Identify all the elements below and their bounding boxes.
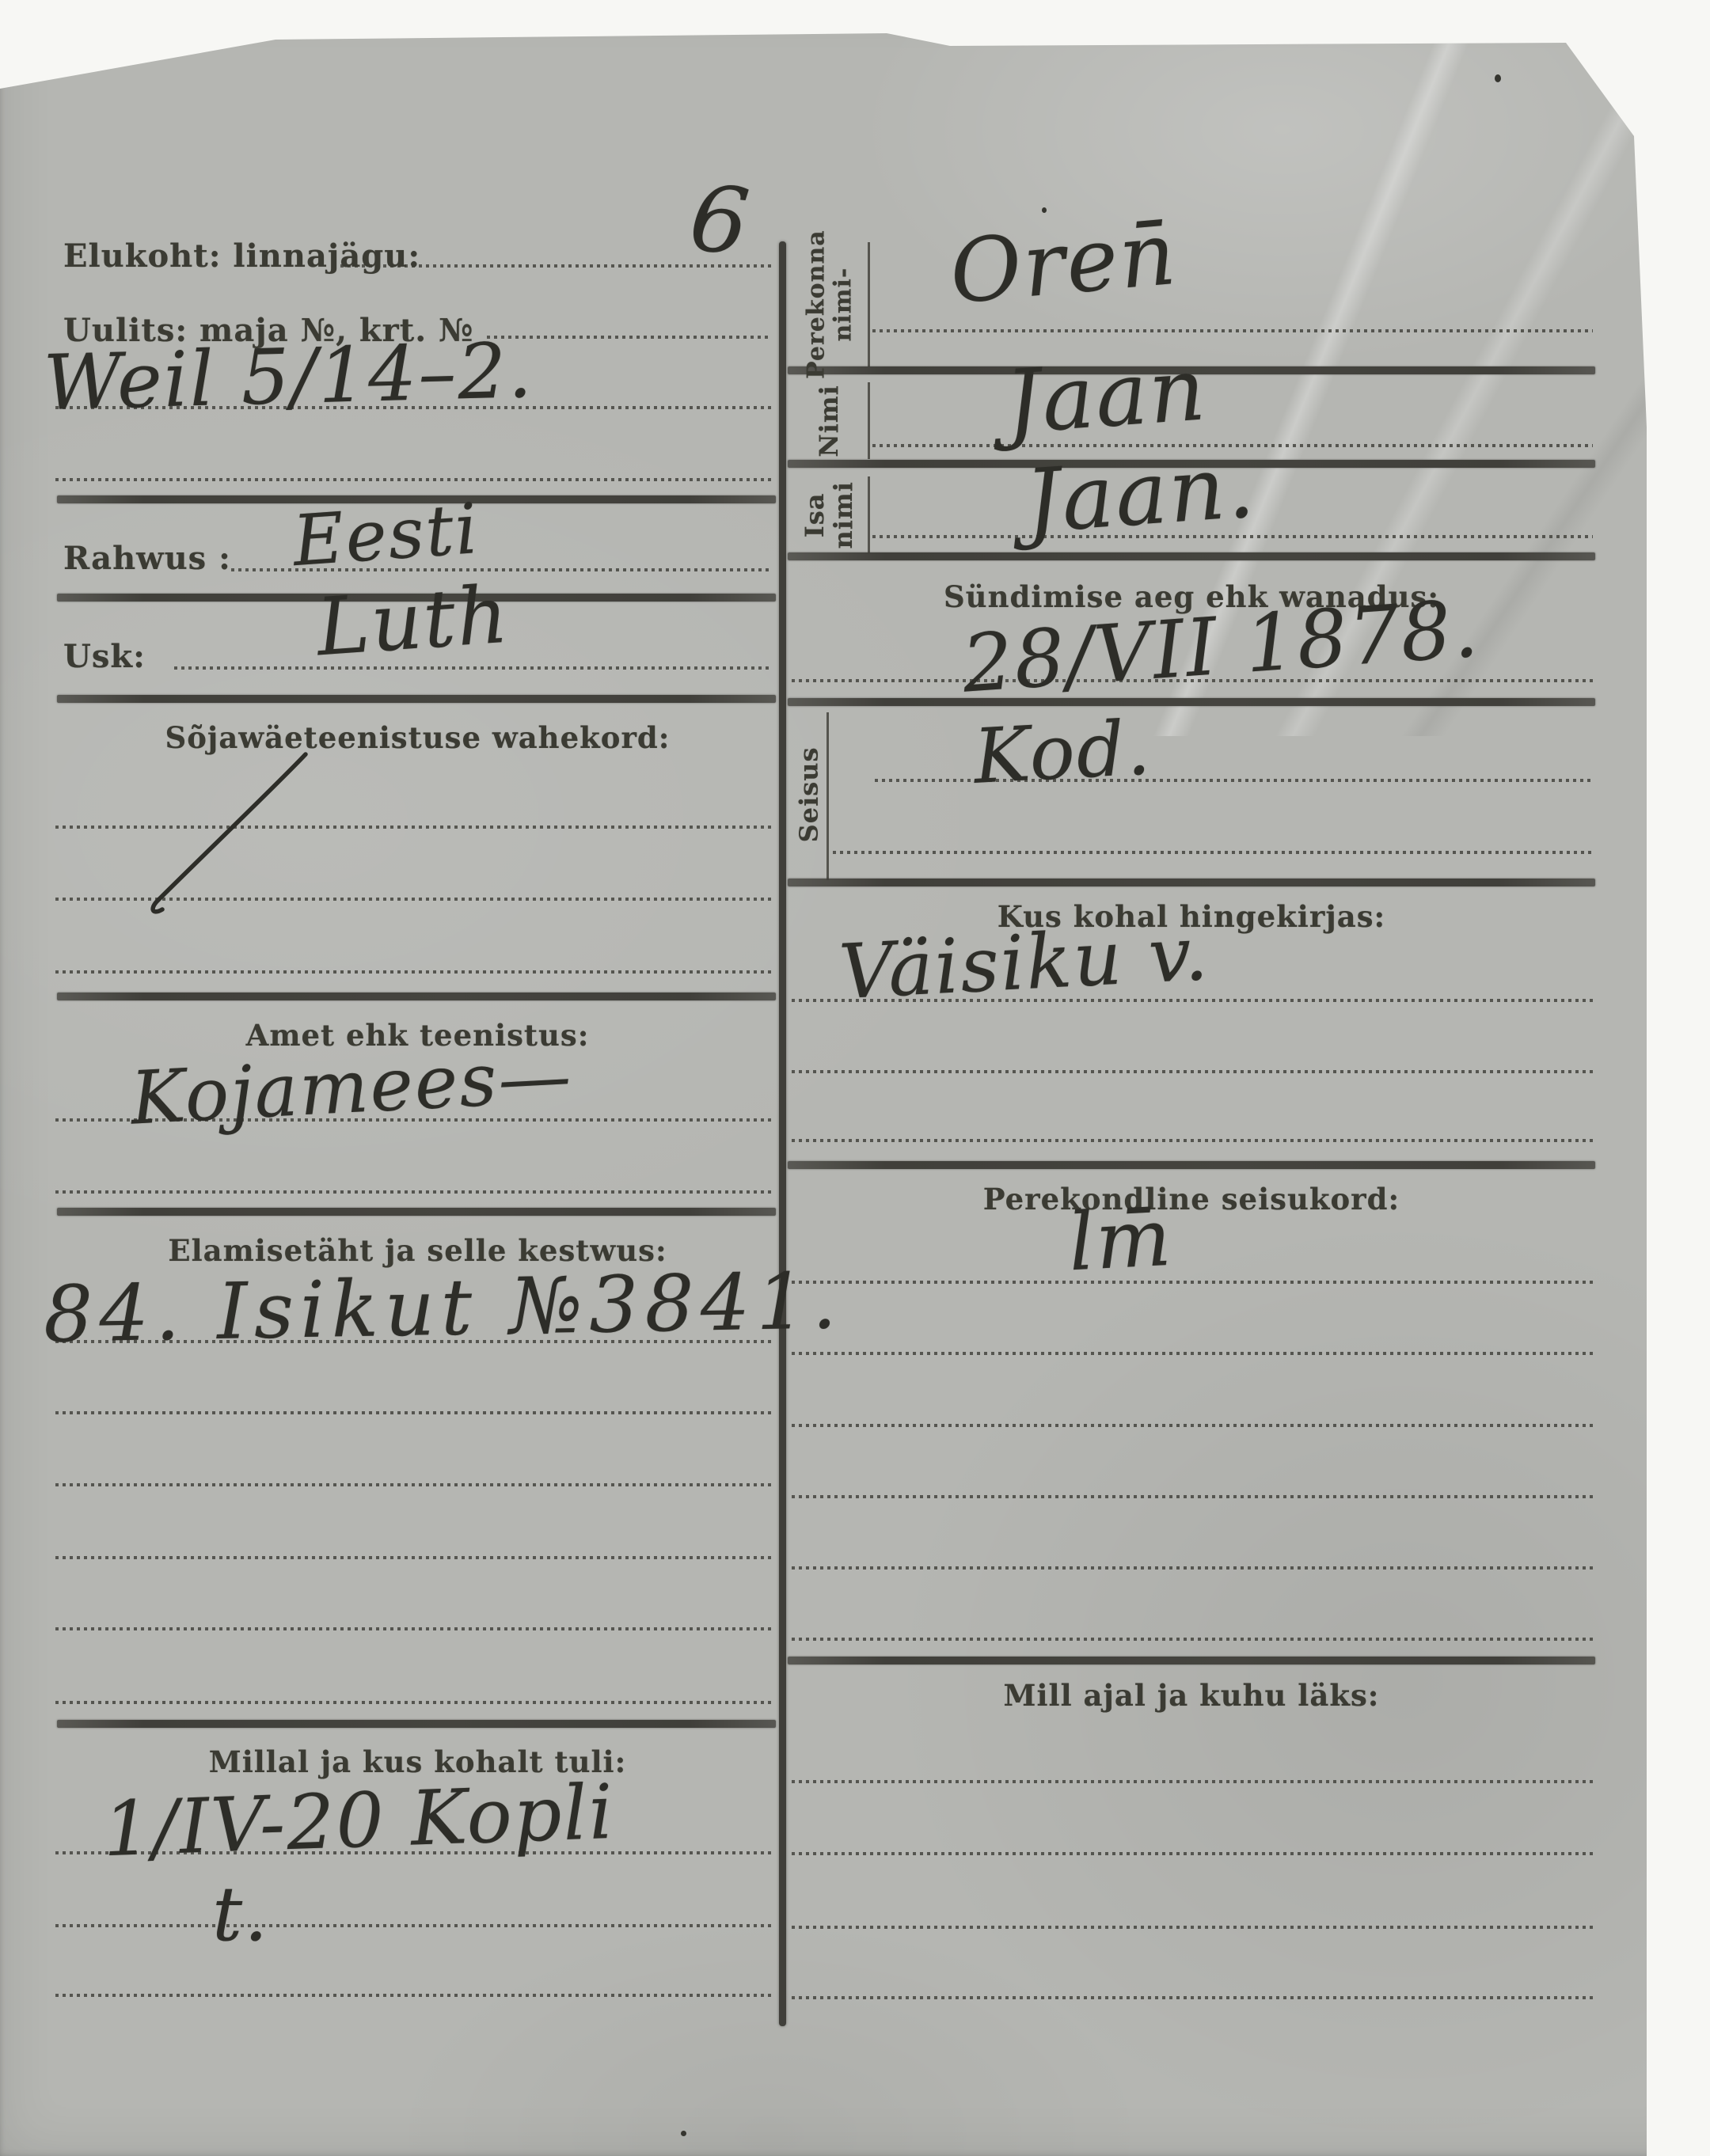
section-rule xyxy=(57,1720,776,1728)
dotted-line xyxy=(792,1281,1593,1284)
father-name-handwritten: Jaan. xyxy=(1022,435,1259,552)
section-rule xyxy=(788,1657,1595,1664)
section-rule xyxy=(788,552,1595,560)
dotted-line xyxy=(55,1627,772,1630)
section-rule xyxy=(57,695,776,703)
ink-speck xyxy=(681,2131,686,2136)
dotted-line xyxy=(55,1994,772,1997)
section-rule xyxy=(788,698,1595,706)
dotted-line xyxy=(792,1638,1593,1641)
religion-label: Usk: xyxy=(63,638,146,675)
section-rule xyxy=(788,1161,1595,1169)
dotted-line xyxy=(55,970,772,974)
dotted-line xyxy=(792,1352,1593,1355)
section-rule xyxy=(57,1208,776,1216)
dotted-line xyxy=(792,1139,1593,1142)
nationality-handwritten: Eesti xyxy=(291,488,482,582)
dotted-line xyxy=(55,1556,772,1559)
status-dotted-line xyxy=(833,851,1593,854)
family-name-label-line2: nimi- xyxy=(830,230,857,380)
dotted-line xyxy=(792,1495,1593,1498)
arrival-handwritten-line2: t. xyxy=(212,1871,269,1958)
family-name-label: Perekonna nimi- xyxy=(790,242,869,367)
center-divider-rule xyxy=(779,241,786,2026)
page-number-handwritten: 6 xyxy=(685,165,755,276)
ink-speck xyxy=(1042,207,1047,213)
dotted-line xyxy=(55,1190,772,1194)
family-name-handwritten: Oren̄ xyxy=(946,203,1181,324)
dotted-line xyxy=(792,1780,1593,1783)
father-name-label: Isa nimi xyxy=(790,476,869,554)
religion-handwritten: Luth xyxy=(313,568,512,674)
status-label: Seisus xyxy=(790,708,828,881)
father-name-label-line2: nimi xyxy=(830,481,858,548)
nationality-label: Rahwus : xyxy=(63,540,231,577)
dotted-line xyxy=(55,1701,772,1704)
father-name-label-line1: Isa xyxy=(801,481,830,548)
dotted-line xyxy=(792,1070,1593,1073)
dotted-line xyxy=(55,1483,772,1486)
section-rule xyxy=(788,879,1595,886)
family-name-label-line1: Perekonna xyxy=(803,230,830,380)
dotted-line xyxy=(55,478,772,481)
dotted-line xyxy=(792,1566,1593,1570)
given-name-label: Nimi xyxy=(790,382,869,459)
dotted-line xyxy=(792,1926,1593,1929)
family-status-heading: Perekondline seisukord: xyxy=(788,1182,1595,1217)
residence-permit-handwritten: 84. Isikut №3841. xyxy=(43,1256,844,1361)
arrival-heading: Millal ja kus kohalt tuli: xyxy=(55,1744,780,1779)
dotted-line xyxy=(55,1411,772,1414)
status-handwritten: Kod. xyxy=(971,704,1153,801)
paper-sheet: Elukoht: linnajägu: 6 Uulits: maja №, kr… xyxy=(0,0,1710,2156)
section-rule xyxy=(57,993,776,1000)
dotted-line xyxy=(792,1852,1593,1855)
given-name-handwritten: Jaan xyxy=(1002,338,1210,453)
dotted-line xyxy=(55,1924,772,1927)
family-status-handwritten: lm̄ xyxy=(1066,1191,1175,1289)
departure-heading: Mill ajal ja kuhu läks: xyxy=(788,1678,1595,1713)
ink-speck xyxy=(1495,74,1501,82)
dotted-line xyxy=(792,1424,1593,1427)
top-edge-pen-mark xyxy=(935,5,946,38)
residence-label: Elukoht: linnajägu: xyxy=(63,237,420,275)
arrival-handwritten-line1: 1/IV-20 Kopli xyxy=(101,1769,616,1873)
dotted-line xyxy=(792,1996,1593,1999)
family-name-dotted-line xyxy=(872,329,1593,332)
scanned-registration-card: Elukoht: linnajägu: 6 Uulits: maja №, kr… xyxy=(0,0,1710,2156)
street-address-handwritten: Weil 5/14–2. xyxy=(43,326,534,427)
religion-dotted-line xyxy=(174,666,772,670)
military-status-slash-mark xyxy=(135,748,325,926)
